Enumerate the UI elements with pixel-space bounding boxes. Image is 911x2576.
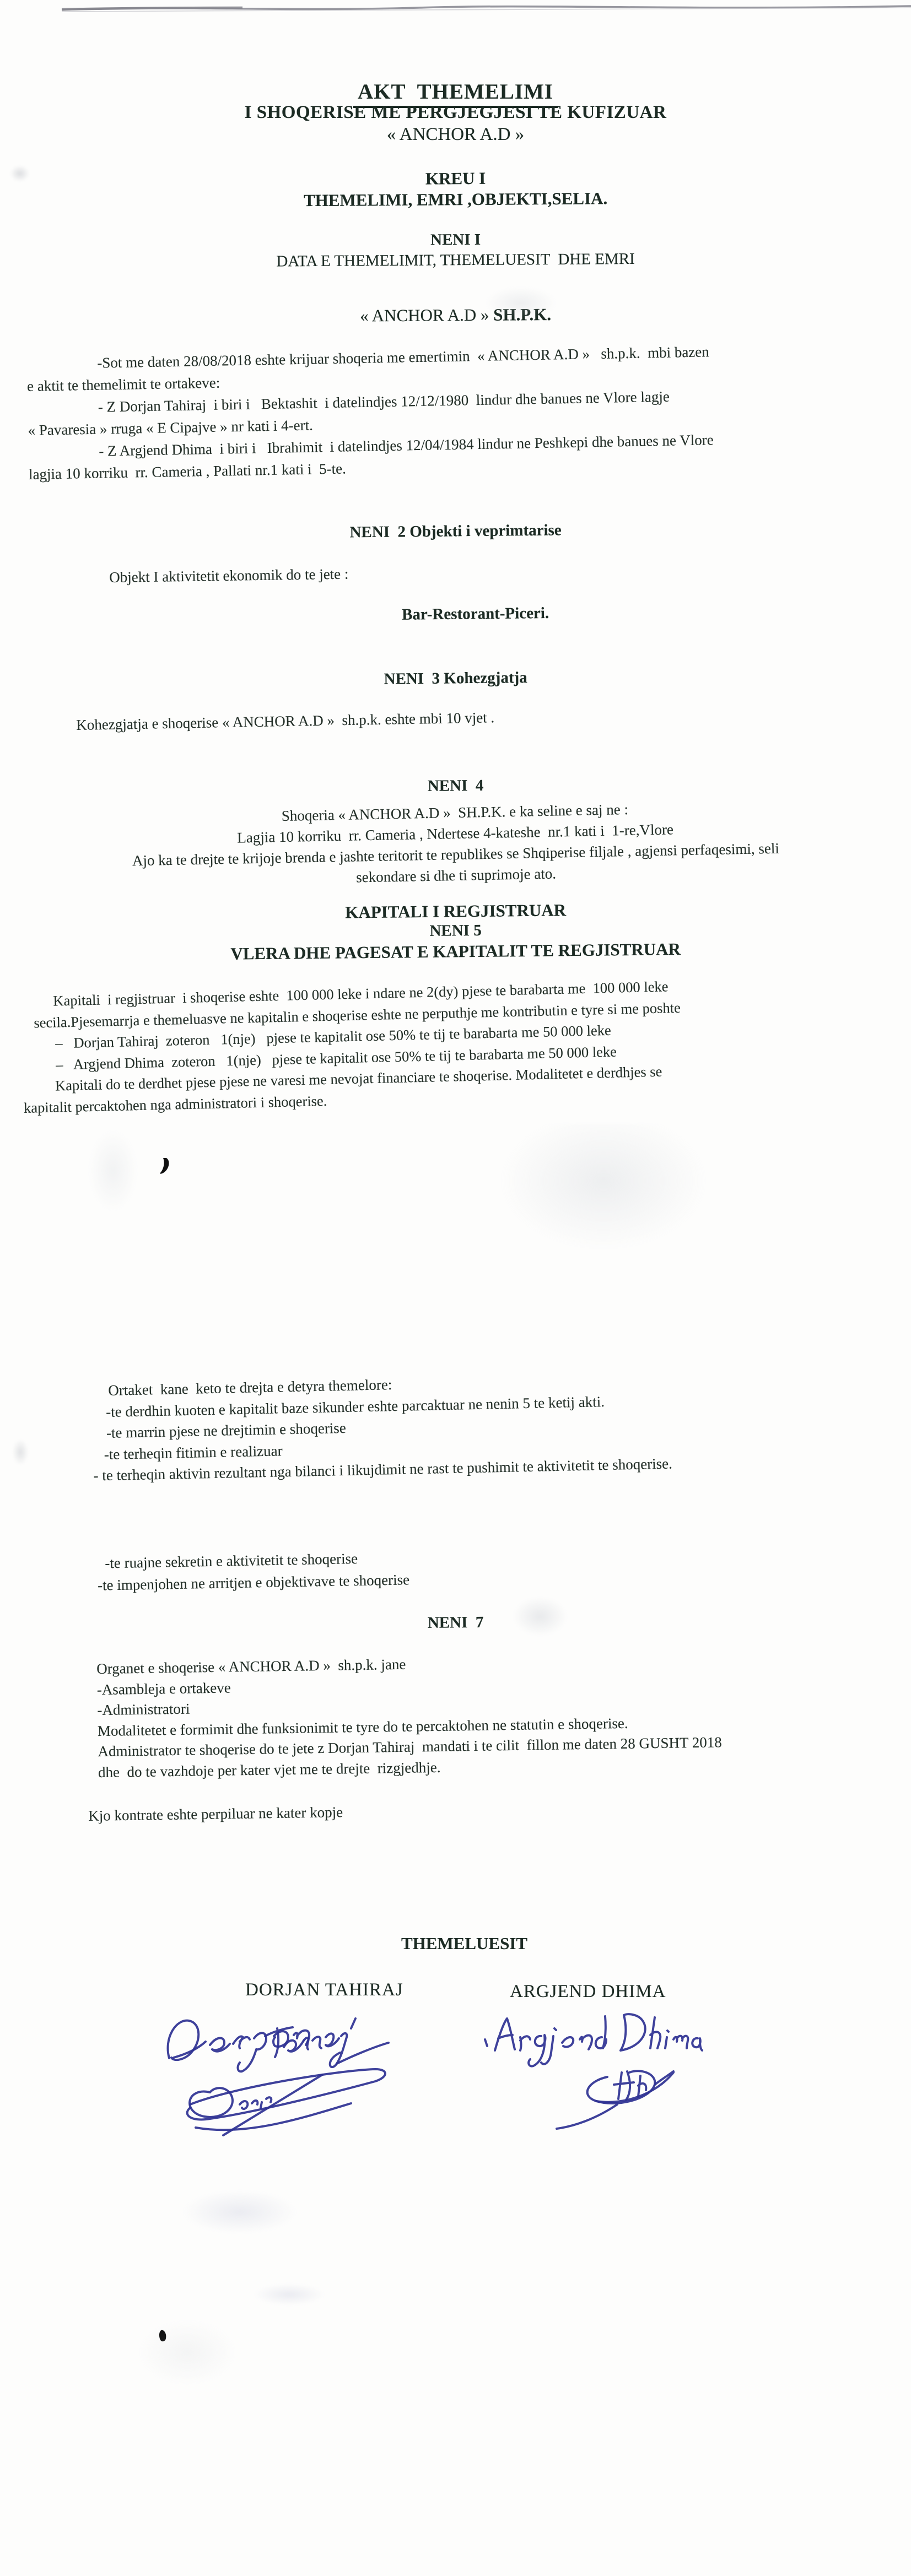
founder1-name: DORJAN TAHIRAJ <box>245 1980 403 2000</box>
scan-edge-artifact-line <box>0 0 911 17</box>
ink-blot <box>159 1157 171 1176</box>
founders-heading: THEMELUESIT <box>9 1934 911 1953</box>
rights-paragraph: Ortaket kane keto te drejta e detyra the… <box>26 1364 877 1488</box>
article-3-line: Kohezgjatja e shoqerise « ANCHOR A.D » s… <box>76 706 495 736</box>
capital-paragraph: Kapitali i regjistruar i shoqerise eshte… <box>21 971 883 1118</box>
ink-dot <box>158 2329 169 2342</box>
activity-line: Bar-Restorant-Piceri. <box>20 600 911 628</box>
company-heading-name: « ANCHOR A.D » <box>360 305 493 326</box>
document-subtitle: I SHOQERISE ME PERGJEGJESI TE KUFIZUAR <box>0 102 911 123</box>
dorjan-tahiraj-signature <box>157 2004 400 2142</box>
smudge <box>88 1129 138 1212</box>
copies-line: Kjo kontrate eshte perpiluar ne kater ko… <box>88 1801 343 1827</box>
article-1-subheading: DATA E THEMELIMIT, THEMELUESIT DHE EMRI <box>0 248 911 273</box>
intro-paragraph: -Sot me daten 28/08/2018 eshte krijuar s… <box>26 338 877 485</box>
article-3-heading: NENI 3 Kohezgjatja <box>0 665 911 692</box>
smudge <box>499 1124 708 1251</box>
company-heading-suffix: SH.P.K. <box>493 305 551 324</box>
article-7-heading: NENI 7 <box>0 1609 911 1637</box>
smudge <box>138 2319 237 2385</box>
company-heading: « ANCHOR A.D » SH.P.K. <box>0 302 911 328</box>
argjend-dhima-signature <box>479 2006 705 2139</box>
organs-paragraph: Organet e shoqerise « ANCHOR A.D » sh.p.… <box>26 1647 877 1784</box>
company-name-title: « ANCHOR A.D » <box>0 125 911 145</box>
founder2-name: ARGJEND DHIMA <box>510 1982 666 2002</box>
article-4-paragraph: Shoqeria « ANCHOR A.D » SH.P.K. e ka sel… <box>0 793 911 895</box>
smudge <box>12 1439 29 1465</box>
scanned-document-page: AKT THEMELIMI I SHOQERISE ME PERGJEGJESI… <box>0 0 911 2576</box>
smudge <box>254 2283 325 2306</box>
article-2-line: Objekt I aktivitetit ekonomik do te jete… <box>109 563 349 588</box>
rights-extra-paragraph: -te ruajne sekretin e aktivitetit te sho… <box>26 1538 876 1598</box>
article-2-heading: NENI 2 Objekti i veprimtarise <box>0 518 911 545</box>
smudge <box>182 2190 298 2234</box>
